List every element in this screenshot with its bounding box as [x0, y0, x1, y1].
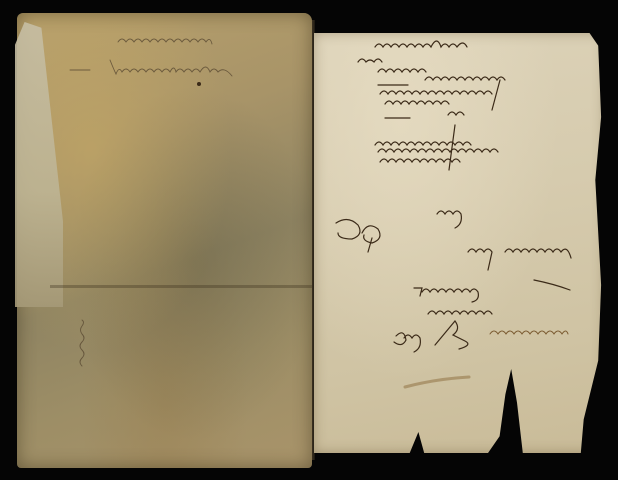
- right-entries: [358, 41, 505, 170]
- left-heading-line-2: [70, 60, 232, 86]
- signature-daye-1: [437, 211, 461, 228]
- left-heading-line-1: [118, 39, 212, 44]
- signature-flourish-left: [336, 219, 380, 252]
- signature-daye-final: [394, 321, 568, 352]
- signature-tomas-de-vaye-2: [428, 311, 492, 314]
- handwriting-layer: [0, 0, 618, 480]
- ink-smudge: [405, 377, 469, 387]
- left-vertical-note: [80, 320, 84, 366]
- signature-jorge: [468, 249, 571, 290]
- document-metadata: manuscript-scan: [0, 0, 8, 1]
- signature-tomas-de-vaye-1: [414, 288, 478, 302]
